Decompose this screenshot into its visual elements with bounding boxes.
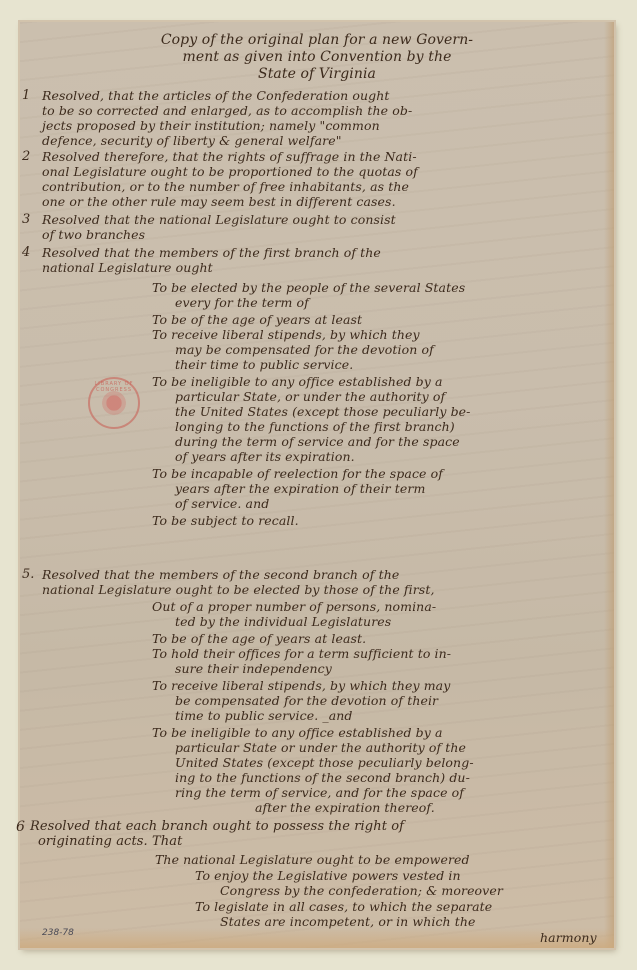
resolution-6-clause: harmony xyxy=(540,930,597,945)
catalog-number: 238-78 xyxy=(42,928,74,938)
title-line-1: Copy of the original plan for a new Gove… xyxy=(20,32,614,49)
resolution-4-clause: during the term of service and for the s… xyxy=(175,434,460,449)
resolution-6-clause: To legislate in all cases, to which the … xyxy=(195,899,492,914)
resolution-2-line-1: Resolved therefore, that the rights of s… xyxy=(42,149,417,164)
resolution-4-clause: the United States (except those peculiar… xyxy=(175,404,471,419)
resolution-4-line-1: Resolved that the members of the first b… xyxy=(42,245,381,260)
eagle-seal-icon xyxy=(102,391,126,415)
resolution-5-clause: ring the term of service, and for the sp… xyxy=(175,785,464,800)
resolution-6-clause: Congress by the confederation; & moreove… xyxy=(220,883,503,898)
resolution-4-clause: To be elected by the people of the sever… xyxy=(152,280,465,295)
resolution-5-clause: To hold their offices for a term suffici… xyxy=(152,646,451,661)
resolution-4-clause: may be compensated for the devotion of xyxy=(175,342,434,357)
title-line-3: State of Virginia xyxy=(20,66,614,83)
title-line-2: ment as given into Convention by the xyxy=(20,49,614,66)
resolution-1-number: 1 xyxy=(22,88,30,103)
resolution-4-clause: every for the term of xyxy=(175,295,309,310)
resolution-5-clause: To be of the age of years at least. xyxy=(152,631,366,646)
resolution-5-clause: To be ineligible to any office establish… xyxy=(152,725,443,740)
resolution-6-number: 6 xyxy=(16,819,25,835)
resolution-5-clause: ted by the individual Legislatures xyxy=(175,614,391,629)
resolution-3-number: 3 xyxy=(22,212,30,227)
resolution-5-clause: after the expiration thereof. xyxy=(255,800,435,815)
resolution-4-clause: To be of the age of years at least xyxy=(152,312,362,327)
resolution-5-line-2: national Legislature ought to be elected… xyxy=(42,582,435,597)
resolution-4-clause: longing to the functions of the first br… xyxy=(175,419,455,434)
resolution-4-clause: To be incapable of reelection for the sp… xyxy=(152,466,443,481)
resolution-4-clause: years after the expiration of their term xyxy=(175,481,425,496)
resolution-3-line-2: of two branches xyxy=(42,227,145,242)
resolution-6-line-1: Resolved that each branch ought to posse… xyxy=(30,819,404,834)
resolution-5-clause: be compensated for the devotion of their xyxy=(175,693,438,708)
resolution-4-number: 4 xyxy=(22,245,30,260)
resolution-5-clause: particular State or under the authority … xyxy=(175,740,466,755)
resolution-1-line-3: jects proposed by their institution; nam… xyxy=(42,118,380,133)
resolution-5-number: 5. xyxy=(22,567,34,582)
resolution-5-clause: time to public service. _and xyxy=(175,708,353,723)
resolution-6-clause: The national Legislature ought to be emp… xyxy=(155,852,470,867)
resolution-2-line-2: onal Legislature ought to be proportione… xyxy=(42,164,418,179)
resolution-4-clause: of service. and xyxy=(175,496,269,511)
resolution-3-line-1: Resolved that the national Legislature o… xyxy=(42,212,396,227)
resolution-2-line-4: one or the other rule may seem best in d… xyxy=(42,194,396,209)
resolution-5-clause: ing to the functions of the second branc… xyxy=(175,770,470,785)
resolution-5-clause: To receive liberal stipends, by which th… xyxy=(152,678,450,693)
resolution-4-clause: of years after its expiration. xyxy=(175,449,355,464)
resolution-1-line-2: to be so corrected and enlarged, as to a… xyxy=(42,103,412,118)
resolution-5-clause: sure their independency xyxy=(175,661,332,676)
resolution-6-clause: States are incompetent, or in which the xyxy=(220,914,476,929)
resolution-5-line-1: Resolved that the members of the second … xyxy=(42,567,399,582)
paper-edge-bottom xyxy=(20,928,614,948)
resolution-4-line-2: national Legislature ought xyxy=(42,260,213,275)
resolution-4-clause: To be subject to recall. xyxy=(152,513,299,528)
manuscript-page: Copy of the original plan for a new Gove… xyxy=(20,22,614,948)
resolution-6-clause: To enjoy the Legislative powers vested i… xyxy=(195,868,461,883)
resolution-5-clause: United States (except those peculiarly b… xyxy=(175,755,474,770)
resolution-5-clause: Out of a proper number of persons, nomin… xyxy=(152,599,436,614)
library-stamp: LIBRARY OF CONGRESS xyxy=(88,377,140,429)
resolution-2-number: 2 xyxy=(22,149,30,164)
resolution-6-line-2: originating acts. That xyxy=(38,834,182,849)
resolution-4-clause: To be ineligible to any office establish… xyxy=(152,374,443,389)
resolution-4-clause: To receive liberal stipends, by which th… xyxy=(152,327,420,342)
resolution-4-clause: particular State, or under the authority… xyxy=(175,389,445,404)
resolution-1-line-4: defence, security of liberty & general w… xyxy=(42,133,342,148)
paper-edge-right xyxy=(604,22,614,948)
resolution-1-line-1: Resolved, that the articles of the Confe… xyxy=(42,88,390,103)
resolution-2-line-3: contribution, or to the number of free i… xyxy=(42,179,409,194)
resolution-4-clause: their time to public service. xyxy=(175,357,353,372)
